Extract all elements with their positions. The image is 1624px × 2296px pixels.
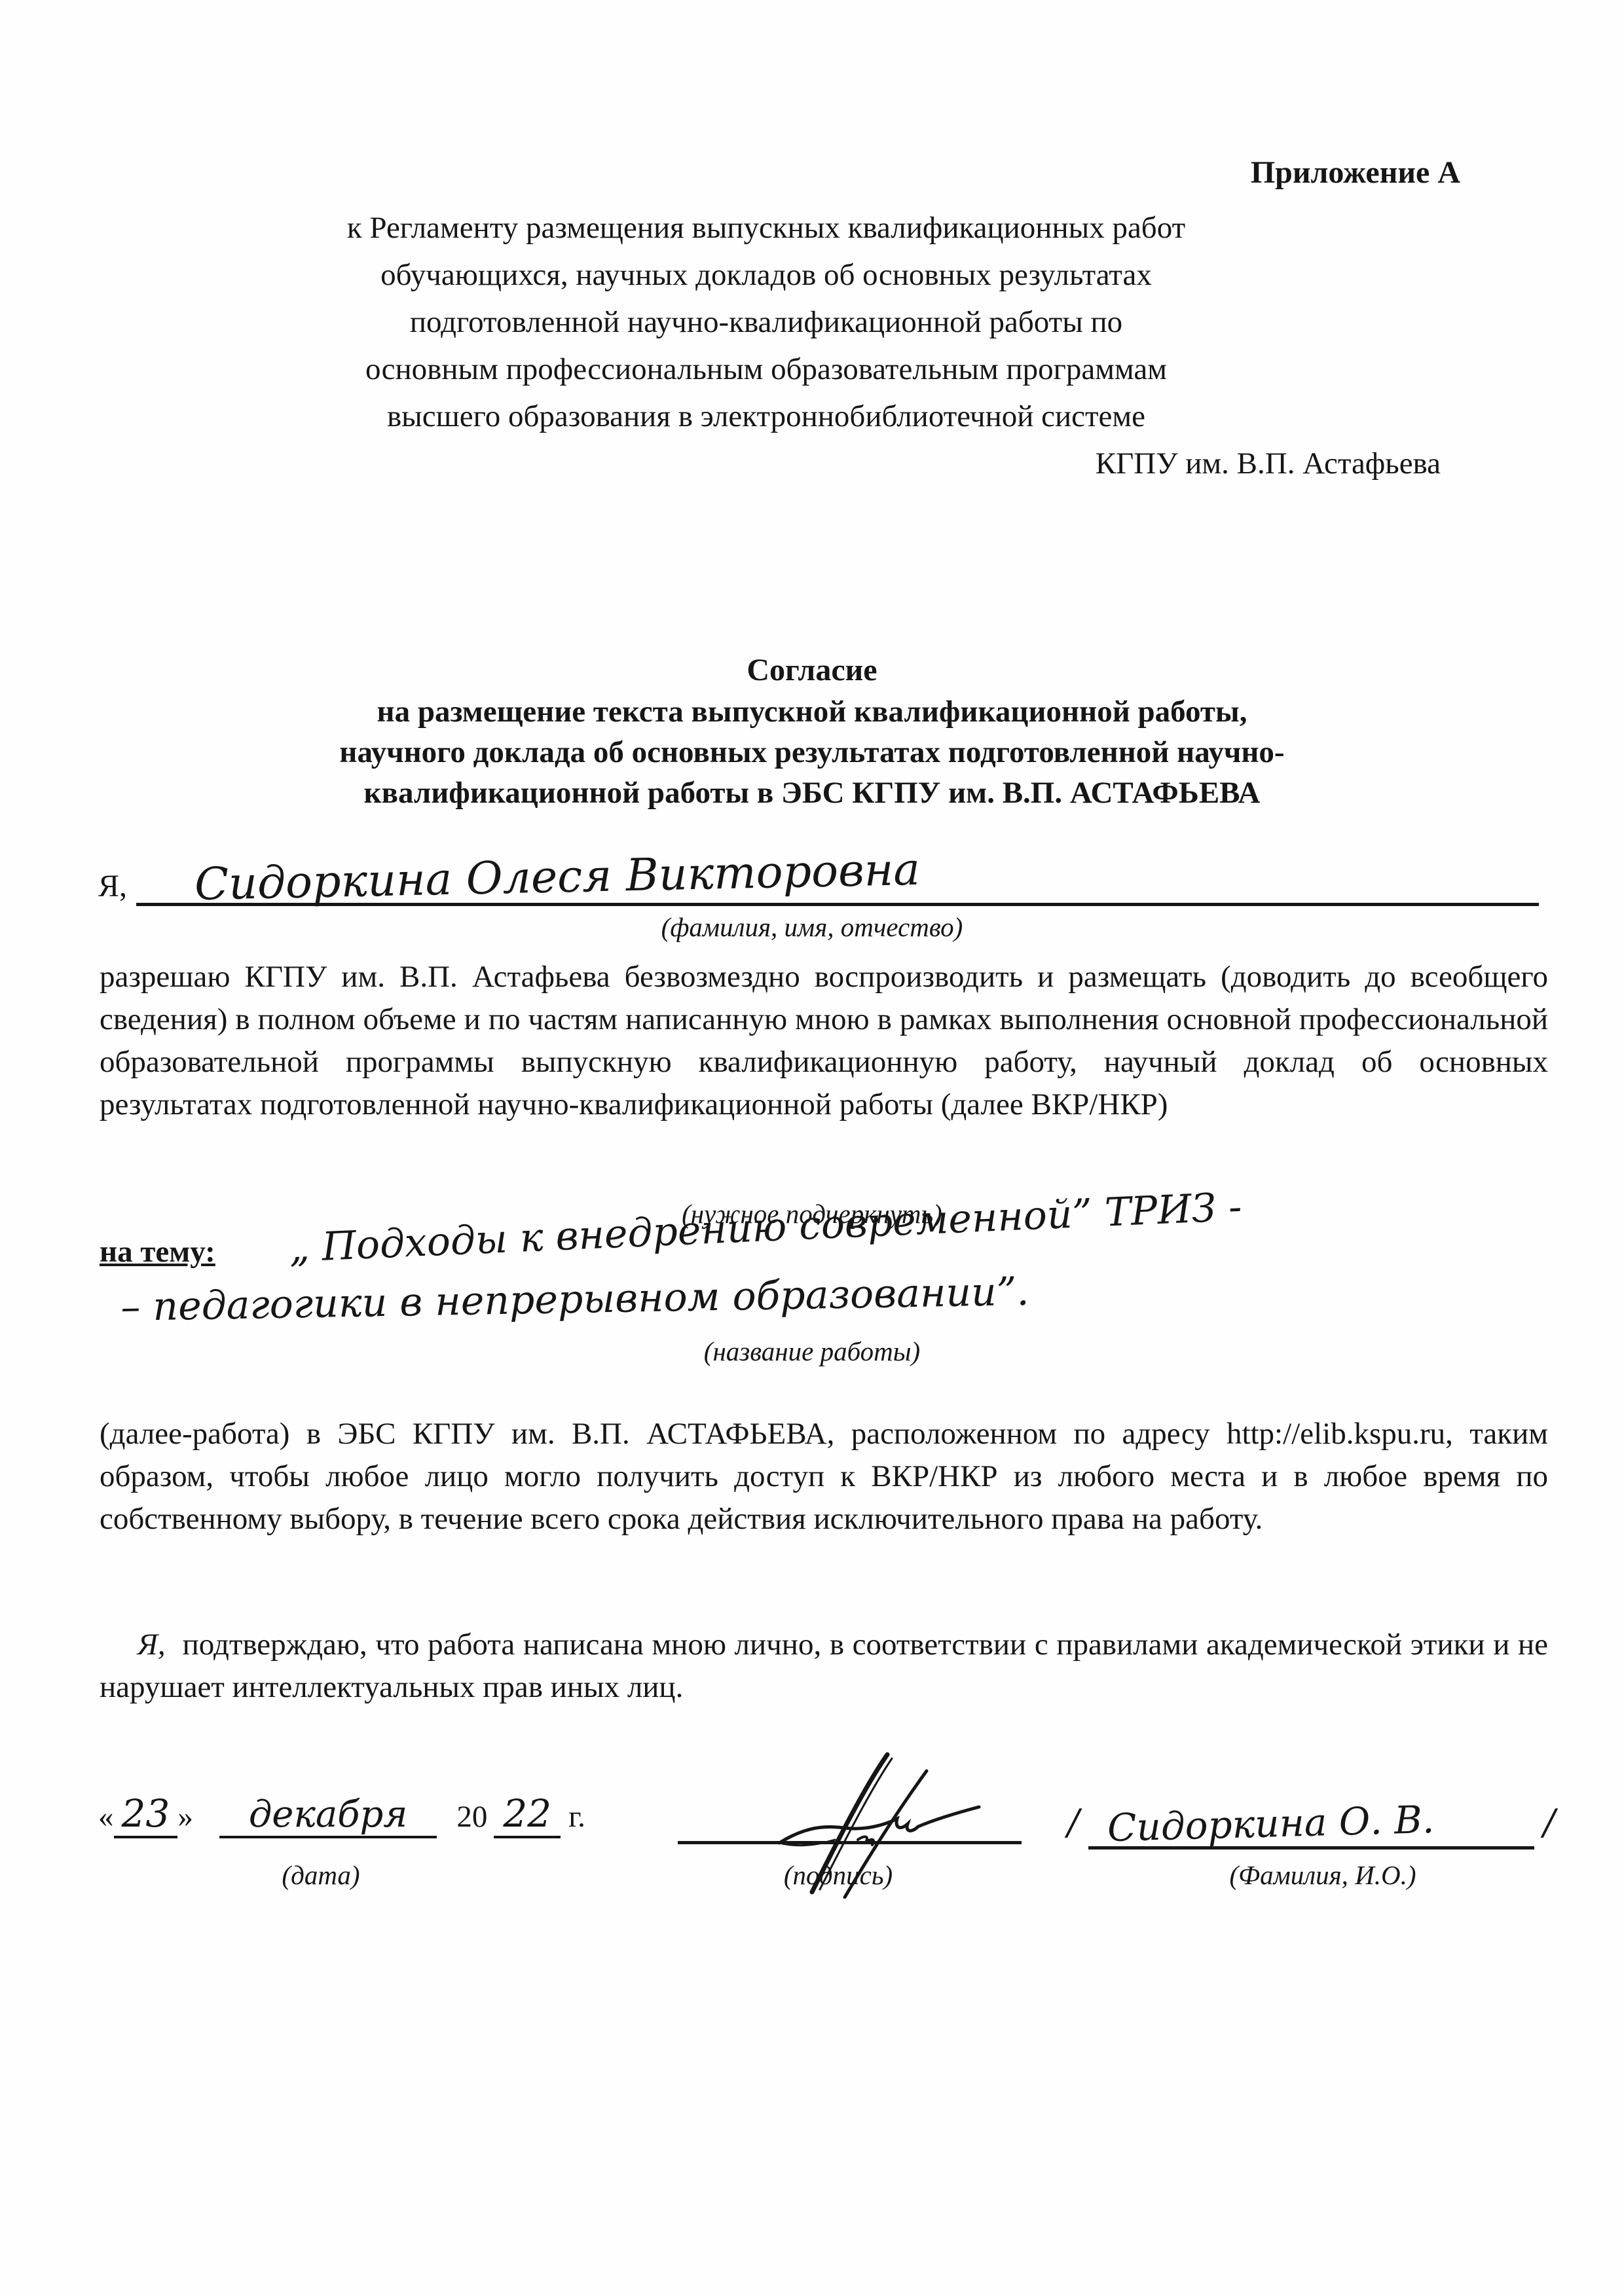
appendix-label: Приложение А: [1251, 155, 1460, 191]
regulation-line: основным профессиональным образовательны…: [79, 346, 1454, 393]
ethics-text: подтверждаю, что работа написана мною ли…: [100, 1628, 1548, 1704]
regulation-line: подготовленной научно-квалификационной р…: [79, 299, 1454, 346]
regulation-header: к Регламенту размещения выпускных квалиф…: [79, 204, 1454, 487]
handwritten-full-name: Сидоркина Олеся Викторовна: [194, 844, 920, 911]
topic-label: на тему:: [100, 1235, 215, 1269]
page-title: Согласие: [0, 649, 1624, 691]
consent-subtitle-line: научного доклада об основных результатах…: [0, 732, 1624, 773]
year-prefix: 20: [456, 1799, 487, 1834]
year-suffix: г.: [568, 1799, 585, 1834]
regulation-line: обучающихся, научных докладов об основны…: [79, 251, 1454, 299]
handwritten-year: 22: [494, 1791, 561, 1838]
declarant-name-row: Я, Сидоркина Олеся Викторовна: [98, 820, 1539, 906]
date-caption: (дата): [223, 1859, 419, 1891]
surname-slash-right: /: [1543, 1805, 1555, 1850]
surname-caption: (Фамилия, И.О.): [1215, 1859, 1431, 1891]
full-name-caption: (фамилия, имя, отчество): [0, 911, 1624, 943]
surname-slash-left: /: [1067, 1805, 1079, 1850]
regulation-line: к Регламенту размещения выпускных квалиф…: [79, 204, 1454, 251]
consent-subtitle-line: квалификационной работы в ЭБС КГПУ им. В…: [0, 773, 1624, 813]
surname-group: / Сидоркина О. В. /: [1067, 1783, 1555, 1850]
regulation-line-university: КГПУ им. В.П. Астафьева: [79, 440, 1454, 487]
signature-line: [678, 1841, 1022, 1844]
handwritten-month: декабря: [219, 1793, 437, 1838]
topic-row: на тему: „ Подходы к внедрению современн…: [100, 1226, 1244, 1271]
consent-title-block: Согласие на размещение текста выпускной …: [0, 649, 1624, 813]
handwritten-topic-line-1: „ Подходы к внедрению современной” ТРИЗ …: [288, 1184, 1243, 1271]
handwritten-day: 23: [114, 1791, 178, 1838]
handwritten-topic-line-2: – педагогики в непрерывном образовании”.: [120, 1269, 1029, 1330]
handwritten-surname-initials: Сидоркина О. В.: [1107, 1797, 1435, 1850]
ethics-paragraph: Я,подтверждаю, что работа написана мною …: [100, 1624, 1548, 1709]
consent-subtitle-line: на размещение текста выпускной квалифика…: [0, 691, 1624, 732]
scanned-consent-form-page: Приложение А к Регламенту размещения вып…: [0, 0, 1624, 2296]
declarant-name-field: Сидоркина Олеся Викторовна: [136, 816, 1539, 906]
date-group: « 23 » декабря 20 22 г.: [98, 1791, 585, 1838]
declarant-prefix: Я,: [98, 871, 127, 906]
access-paragraph: (далее-работа) в ЭБС КГПУ им. В.П. АСТАФ…: [100, 1413, 1548, 1540]
ethics-prefix: Я,: [138, 1628, 166, 1662]
date-open-quote: «: [98, 1799, 114, 1834]
signature-caption: (подпись): [740, 1859, 936, 1891]
regulation-line: высшего образования в электроннобиблиоте…: [79, 393, 1454, 440]
work-title-caption: (название работы): [0, 1336, 1624, 1367]
surname-field: Сидоркина О. В.: [1088, 1783, 1534, 1850]
date-close-quote: »: [177, 1799, 193, 1834]
permission-paragraph: разрешаю КГПУ им. В.П. Астафьева безвозм…: [100, 956, 1548, 1126]
